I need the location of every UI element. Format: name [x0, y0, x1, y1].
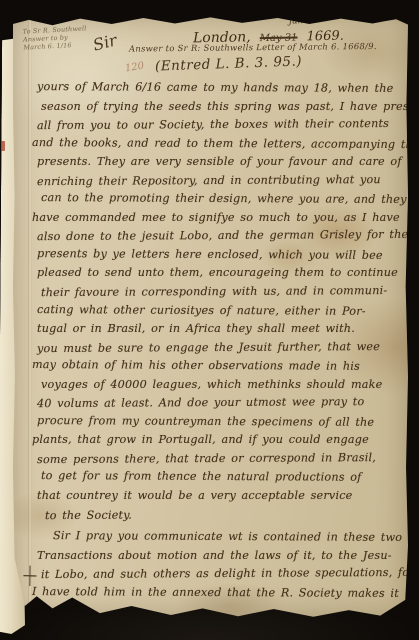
manuscript-line: can to the promoting their design, where…	[41, 189, 403, 209]
red-edge-mark	[1, 141, 5, 151]
manuscript-photo: To Sr R. SouthwellAnswer to byMarch 6. 1…	[0, 0, 419, 640]
manuscript-line: voyages of 40000 leagues, which methinks…	[41, 376, 403, 395]
manuscript-line: procure from my countreyman the specimen…	[37, 412, 403, 432]
manuscript-line: 40 volums at least. And doe your utmost …	[37, 393, 403, 414]
manuscript-line: have commanded mee to signifye so much t…	[32, 209, 403, 228]
entered-letterbook-note: (Entred L. B. 3. 95.)	[155, 53, 303, 74]
manuscript-line: Transactions about motion and the laws o…	[37, 547, 403, 566]
manuscript-line: their favoure in corresponding with us, …	[41, 282, 403, 303]
manuscript-line: also done to the jesuit Lobo, and the ge…	[37, 226, 403, 247]
manuscript-line: plants, that grow in Portugall, and if y…	[32, 431, 403, 450]
manuscript-line: presents. They are very sensible of your…	[37, 153, 403, 172]
manuscript-line: you must be sure to engage the Jesuit fu…	[37, 338, 403, 359]
manuscript-line: Sir I pray you communicate wt is contain…	[53, 527, 403, 547]
salutation: Sir	[91, 30, 119, 54]
archival-note: To Sr R. SouthwellAnswer to byMarch 6. 1…	[22, 24, 87, 51]
manuscript-line: presents by ye letters here enclosed, wh…	[37, 245, 403, 265]
manuscript-line: cating what other curiosityes of nature,…	[37, 301, 403, 321]
manuscript-line: to get for us from thence the natural pr…	[41, 468, 403, 488]
fold-crease	[28, 15, 32, 618]
manuscript-line: it Lobo, and such others as delight in t…	[41, 564, 403, 585]
margin-cross-mark: +	[21, 557, 39, 595]
manuscript-line: and the books, and read to them the lett…	[32, 134, 403, 154]
manuscript-page: To Sr R. SouthwellAnswer to byMarch 6. 1…	[13, 15, 408, 618]
manuscript-line: yours of March 6/16 came to my hands may…	[37, 78, 403, 98]
letter-body: yours of March 6/16 came to my hands may…	[37, 79, 403, 602]
manuscript-line: may obtain of him his other observations…	[32, 356, 403, 376]
manuscript-line: enriching their Repository, and in contr…	[37, 171, 403, 192]
folio-number: 120	[124, 61, 145, 75]
manuscript-line: season of trying the seeds this spring w…	[41, 98, 403, 117]
docket-answer-line: Answer to Sr R: Southwells Letter of Mar…	[129, 40, 417, 53]
manuscript-line: pleased to send unto them, encourageing …	[37, 264, 403, 283]
manuscript-line: to the Society.	[45, 504, 403, 525]
manuscript-line: that countrey it would be a very accepta…	[37, 487, 403, 506]
manuscript-line: all from you to our Society, the boxes w…	[37, 115, 403, 136]
manuscript-line: tugal or in Brasil, or in Africa they sh…	[37, 320, 403, 339]
manuscript-line: I have told him in the annexed that the …	[32, 583, 403, 603]
